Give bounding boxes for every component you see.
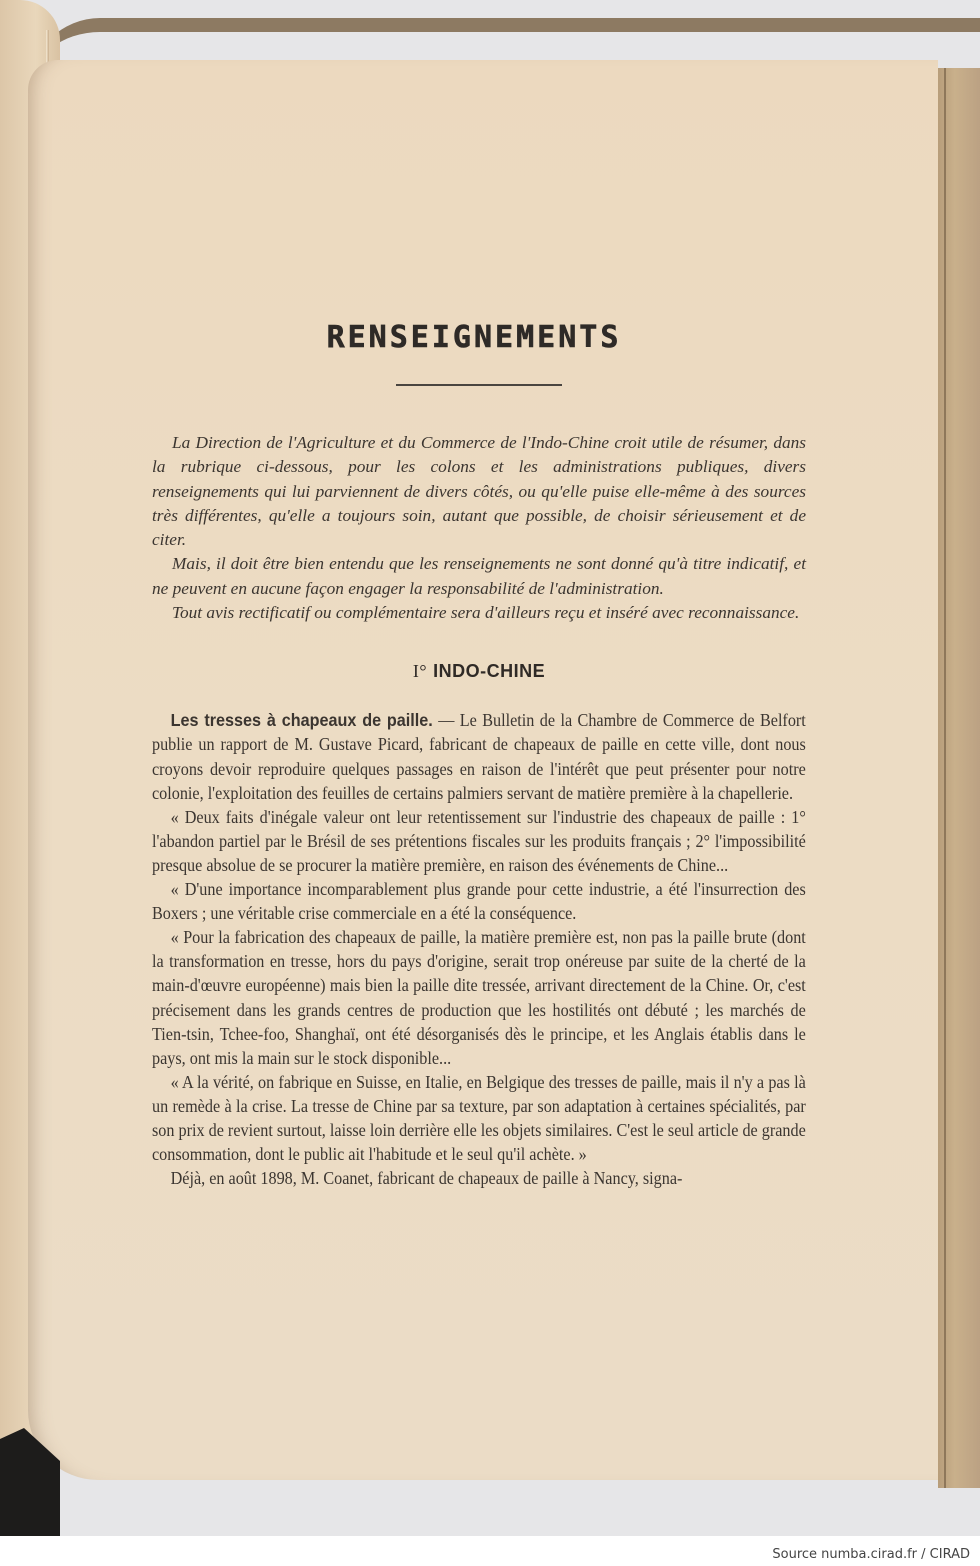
article-paragraph: « Pour la fabrication des chapeaux de pa… [152, 925, 806, 1070]
source-credit: Source numba.cirad.fr / CIRAD [772, 1547, 970, 1562]
article-paragraph: « Deux faits d'inégale valeur ont leur r… [152, 805, 806, 877]
article-paragraph: « A la vérité, on fabrique en Suisse, en… [152, 1070, 806, 1166]
article-title: Les tresses à chapeaux de paille. [171, 710, 433, 730]
article-paragraph: Déjà, en août 1898, M. Coanet, fabricant… [152, 1166, 806, 1190]
title-divider [396, 384, 562, 386]
page-title: RENSEIGNEMENTS [142, 320, 806, 356]
page-content: RENSEIGNEMENTS La Direction de l'Agricul… [152, 320, 806, 1190]
section-heading: I°INDO-CHINE [152, 661, 806, 682]
article-paragraph: Les tresses à chapeaux de paille. — Le B… [152, 708, 806, 804]
intro-paragraph: La Direction de l'Agriculture et du Comm… [152, 431, 806, 552]
scanned-book-photo: RENSEIGNEMENTS La Direction de l'Agricul… [0, 0, 980, 1536]
intro-paragraph: Tout avis rectificatif ou complémentaire… [152, 601, 806, 625]
section-number: I° [413, 661, 427, 681]
article-body: Les tresses à chapeaux de paille. — Le B… [152, 708, 806, 1190]
intro-notice: La Direction de l'Agriculture et du Comm… [152, 431, 806, 625]
article-paragraph: « D'une importance incomparablement plus… [152, 877, 806, 925]
section-title: INDO-CHINE [433, 661, 545, 681]
intro-paragraph: Mais, il doit être bien entendu que les … [152, 552, 806, 601]
page-fore-edge [938, 68, 980, 1488]
